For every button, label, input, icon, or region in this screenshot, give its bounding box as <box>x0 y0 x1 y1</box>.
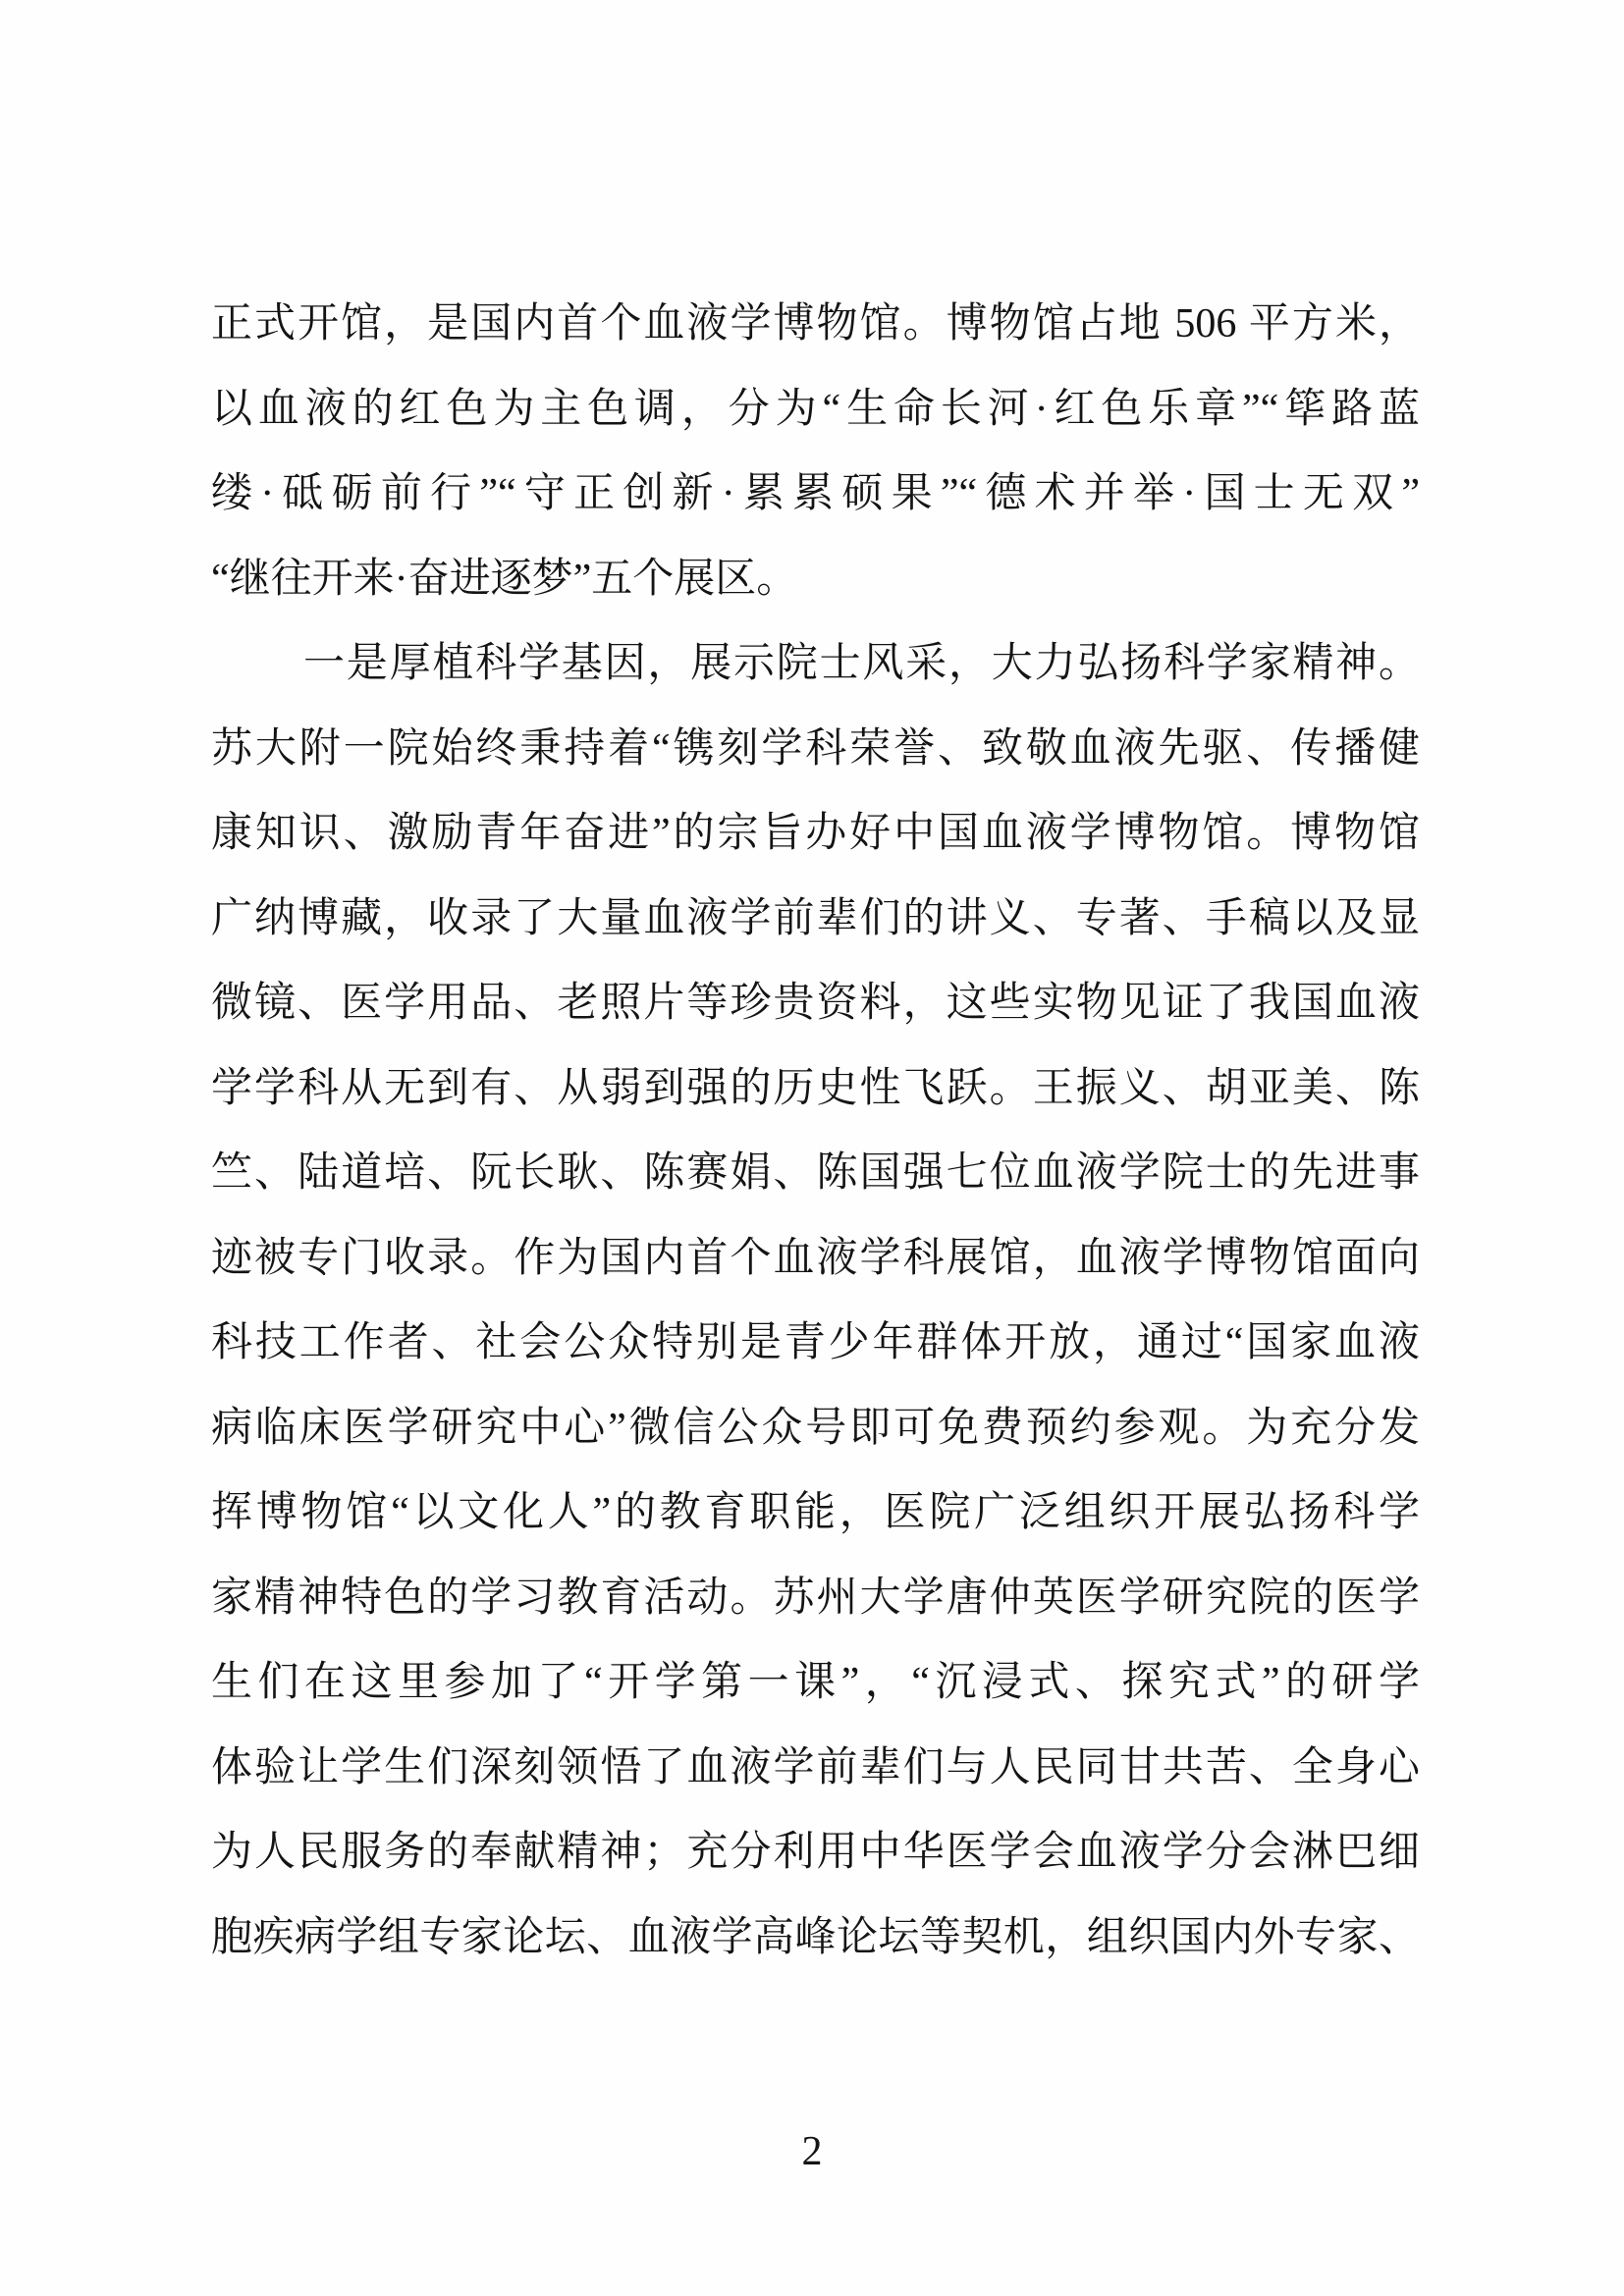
text-line: “继往开来·奋进逐梦”五个展区。 <box>211 537 1420 622</box>
text-block: 正式开馆，是国内首个血液学博物馆。博物馆占地 506 平方米，以血液的红色为主色… <box>211 282 1420 1980</box>
text-line: 胞疾病学组专家论坛、血液学高峰论坛等契机，组织国内外专家、 <box>211 1896 1420 1981</box>
text-line: 以血液的红色为主色调，分为“生命长河·红色乐章”“筚路蓝 <box>211 367 1420 453</box>
text-line: 广纳博藏，收录了大量血液学前辈们的讲义、专著、手稿以及显 <box>211 877 1420 962</box>
text-line: 正式开馆，是国内首个血液学博物馆。博物馆占地 506 平方米， <box>211 282 1420 367</box>
page-number: 2 <box>0 2122 1624 2181</box>
text-line: 生们在这里参加了“开学第一课”，“沉浸式、探究式”的研学 <box>211 1640 1420 1726</box>
text-line: 康知识、激励青年奋进”的宗旨办好中国血液学博物馆。博物馆 <box>211 791 1420 877</box>
document-page: 正式开馆，是国内首个血液学博物馆。博物馆占地 506 平方米，以血液的红色为主色… <box>0 0 1624 2296</box>
text-line: 挥博物馆“以文化人”的教育职能，医院广泛组织开展弘扬科学 <box>211 1470 1420 1556</box>
text-line: 病临床医学研究中心”微信公众号即可免费预约参观。为充分发 <box>211 1386 1420 1471</box>
text-line: 迹被专门收录。作为国内首个血液学科展馆，血液学博物馆面向 <box>211 1216 1420 1302</box>
text-line: 缕·砥砺前行”“守正创新·累累硕果”“德术并举·国士无双” <box>211 452 1420 537</box>
text-line: 苏大附一院始终秉持着“镌刻学科荣誉、致敬血液先驱、传播健 <box>211 707 1420 792</box>
text-line: 微镜、医学用品、老照片等珍贵资料，这些实物见证了我国血液 <box>211 961 1420 1046</box>
text-line: 家精神特色的学习教育活动。苏州大学唐仲英医学研究院的医学 <box>211 1556 1420 1641</box>
text-line: 体验让学生们深刻领悟了血液学前辈们与人民同甘共苦、全身心 <box>211 1726 1420 1811</box>
text-line: 科技工作者、社会公众特别是青少年群体开放，通过“国家血液 <box>211 1301 1420 1386</box>
text-line: 竺、陆道培、阮长耿、陈赛娟、陈国强七位血液学院士的先进事 <box>211 1131 1420 1216</box>
text-line: 为人民服务的奉献精神；充分利用中华医学会血液学分会淋巴细 <box>211 1810 1420 1896</box>
text-line: 一是厚植科学基因，展示院士风采，大力弘扬科学家精神。 <box>211 621 1420 707</box>
text-line: 学学科从无到有、从弱到强的历史性飞跃。王振义、胡亚美、陈 <box>211 1046 1420 1132</box>
